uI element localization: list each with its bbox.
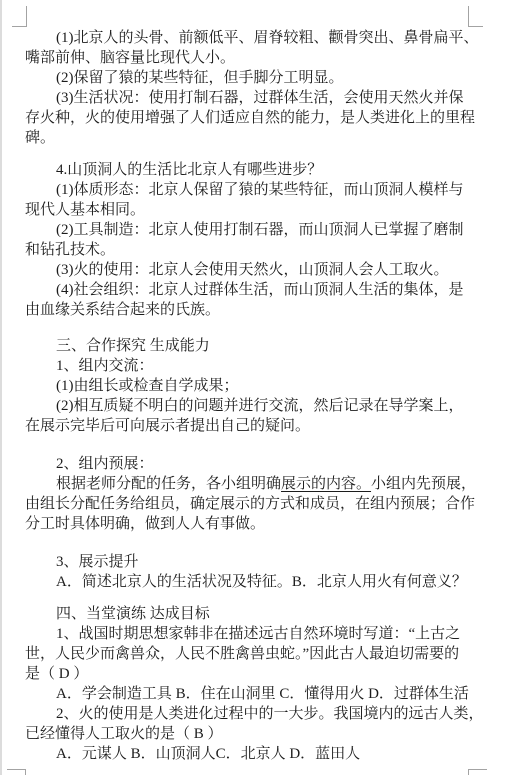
text-run: (4)社会组织：北京人过群体生活，而山顶洞人生活的集体，是 xyxy=(56,282,464,298)
text-run: (1)体质形态：北京人保留了猿的某些特征，而山顶洞人模样与 xyxy=(56,182,464,198)
text-run: (2)工具制造：北京人使用打制石器，而山顶洞人已掌握了磨制 xyxy=(56,222,464,238)
text-run: A．简述北京人的生活状况及特征。B．北京人用火有何意义？ xyxy=(56,574,467,590)
text-line: (1)由组长或检查自学成果； xyxy=(25,376,495,396)
text-run: 四、当堂演练 达成目标 xyxy=(56,606,210,622)
text-run: 碑。 xyxy=(25,130,55,146)
blank-line xyxy=(25,592,495,604)
text-line: 分工时具体明确，做到人人有事做。 xyxy=(25,514,495,534)
text-run: 分工时具体明确，做到人人有事做。 xyxy=(25,516,265,532)
text-run: 现代人基本相同。 xyxy=(25,202,145,218)
text-run: 存火种，火的使用增强了人们适应自然的能力，是人类进化上的里程 xyxy=(25,110,475,126)
text-line: 世，人民少而禽兽众，人民不胜禽兽虫蛇。”因此古人最迫切需要的 xyxy=(25,644,495,664)
text-line: 1、战国时期思想家韩非在描述远古自然环境时写道：“上古之 xyxy=(25,624,495,644)
document-page: (1)北京人的头骨、前额低平、眉脊较粗、颧骨突出、鼻骨扁平、嘴部前伸、脑容量比现… xyxy=(0,0,519,775)
text-run: (3)生活状况：使用打制石器，过群体生活，会使用天然火并保 xyxy=(56,90,464,106)
text-run: (1)北京人的头骨、前额低平、眉脊较粗、颧骨突出、鼻骨扁平、 xyxy=(56,30,479,46)
text-line: (2)工具制造：北京人使用打制石器，而山顶洞人已掌握了磨制 xyxy=(25,220,495,240)
text-line: (1)北京人的头骨、前额低平、眉脊较粗、颧骨突出、鼻骨扁平、 xyxy=(25,28,495,48)
text-line: (3)火的使用：北京人会使用天然火，山顶洞人会人工取火。 xyxy=(25,260,495,280)
document-lines: (1)北京人的头骨、前额低平、眉脊较粗、颧骨突出、鼻骨扁平、嘴部前伸、脑容量比现… xyxy=(25,28,495,764)
text-line: (2)保留了猿的某些特征，但手脚分工明显。 xyxy=(25,68,495,88)
text-line: A．学会制造工具 B．住在山洞里 C．懂得用火 D．过群体生活 xyxy=(25,684,495,704)
underlined-text: 展示的内容。 xyxy=(281,476,371,492)
text-line: (3)生活状况：使用打制石器，过群体生活，会使用天然火并保 xyxy=(25,88,495,108)
margin-crop-mark-top-left xyxy=(12,6,27,27)
text-run: 三、合作探究 生成能力 xyxy=(56,338,210,354)
blank-line xyxy=(25,148,495,160)
text-run: 3、展示提升 xyxy=(56,554,139,570)
text-run: 2、火的使用是人类进化过程中的一大步。我国境内的远古人类， xyxy=(56,706,484,722)
text-run: 1、战国时期思想家韩非在描述远古自然环境时写道：“上古之 xyxy=(56,626,460,642)
margin-crop-mark-bottom-left xyxy=(7,769,26,775)
text-run: (1)由组长或检查自学成果； xyxy=(56,378,239,394)
text-run: 由组长分配任务给组员，确定展示的方式和成员，在组内预展；合作 xyxy=(25,496,475,512)
text-line: 四、当堂演练 达成目标 xyxy=(25,604,495,624)
text-run: 由血缘关系结合起来的氏族。 xyxy=(25,302,220,318)
text-run: 和钻孔技术。 xyxy=(25,242,115,258)
page-edge-line xyxy=(0,0,2,775)
text-line: 1、组内交流： xyxy=(25,356,495,376)
text-line: (2)相互质疑不明白的问题并进行交流，然后记录在导学案上， xyxy=(25,396,495,416)
text-line: 4.山顶洞人的生活比北京人有哪些进步？ xyxy=(25,160,495,180)
text-line: 现代人基本相同。 xyxy=(25,200,495,220)
text-run: 在展示完毕后可向展示者提出自己的疑问。 xyxy=(25,418,310,434)
text-run: A．学会制造工具 B．住在山洞里 C．懂得用火 D．过群体生活 xyxy=(56,686,469,702)
text-run: 世，人民少而禽兽众，人民不胜禽兽虫蛇。”因此古人最迫切需要的 xyxy=(25,646,459,662)
text-line: 2、组内预展： xyxy=(25,454,495,474)
text-run: 根据老师分配的任务，各小组明确 xyxy=(56,476,281,492)
text-line: 存火种，火的使用增强了人们适应自然的能力，是人类进化上的里程 xyxy=(25,108,495,128)
text-line: (4)社会组织：北京人过群体生活，而山顶洞人生活的集体，是 xyxy=(25,280,495,300)
text-run: (3)火的使用：北京人会使用天然火，山顶洞人会人工取火。 xyxy=(56,262,449,278)
text-run: 4.山顶洞人的生活比北京人有哪些进步？ xyxy=(56,162,322,178)
margin-crop-mark-bottom-right xyxy=(468,769,487,775)
text-run: 1、组内交流： xyxy=(56,358,154,374)
text-run: (2)保留了猿的某些特征，但手脚分工明显。 xyxy=(56,70,344,86)
blank-line xyxy=(25,534,495,552)
text-run: (2)相互质疑不明白的问题并进行交流，然后记录在导学案上， xyxy=(56,398,464,414)
text-run: 嘴部前伸、脑容量比现代人小。 xyxy=(25,50,235,66)
text-line: 由组长分配任务给组员，确定展示的方式和成员，在组内预展；合作 xyxy=(25,494,495,514)
text-line: 已经懂得人工取火的是（ B ） xyxy=(25,724,495,744)
text-line: 由血缘关系结合起来的氏族。 xyxy=(25,300,495,320)
text-run: A．元谋人 B．山顶洞人C．北京人 D．蓝田人 xyxy=(56,746,360,762)
text-line: 三、合作探究 生成能力 xyxy=(25,336,495,356)
text-run: 已经懂得人工取火的是（ B ） xyxy=(25,726,223,742)
text-line: A．简述北京人的生活状况及特征。B．北京人用火有何意义？ xyxy=(25,572,495,592)
text-line: A．元谋人 B．山顶洞人C．北京人 D．蓝田人 xyxy=(25,744,495,764)
text-line: 碑。 xyxy=(25,128,495,148)
blank-line xyxy=(25,436,495,454)
text-run: 2、组内预展： xyxy=(56,456,154,472)
blank-line xyxy=(25,320,495,336)
margin-crop-mark-top-right xyxy=(468,6,483,27)
text-line: 是（ D ） xyxy=(25,664,495,684)
text-run: 是（ D ） xyxy=(25,666,88,682)
text-run: 小组内先预展， xyxy=(371,476,476,492)
text-line: 3、展示提升 xyxy=(25,552,495,572)
text-line: (1)体质形态：北京人保留了猿的某些特征，而山顶洞人模样与 xyxy=(25,180,495,200)
text-line: 和钻孔技术。 xyxy=(25,240,495,260)
text-line: 根据老师分配的任务，各小组明确展示的内容。小组内先预展， xyxy=(25,474,495,494)
text-line: 嘴部前伸、脑容量比现代人小。 xyxy=(25,48,495,68)
text-line: 2、火的使用是人类进化过程中的一大步。我国境内的远古人类， xyxy=(25,704,495,724)
text-line: 在展示完毕后可向展示者提出自己的疑问。 xyxy=(25,416,495,436)
